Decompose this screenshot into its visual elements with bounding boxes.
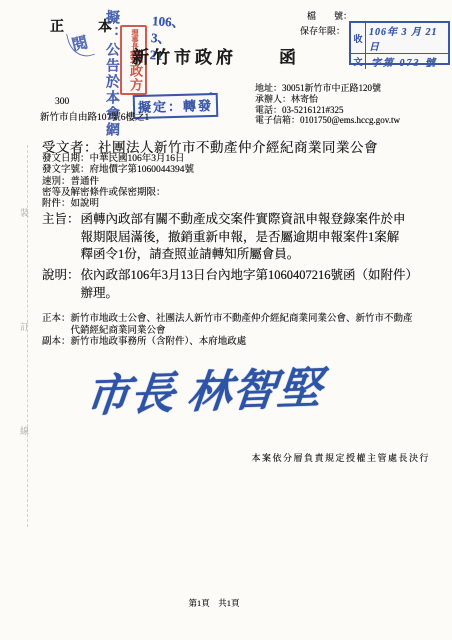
mayor-signature: 市長 林智堅 — [83, 352, 327, 425]
original-copy-label: 正本： — [42, 314, 71, 337]
security-class-line: 密等及解密條件或保密期限： — [42, 188, 194, 199]
subject-label: 主旨： — [42, 211, 80, 264]
retention-period-label: 保存年限： — [300, 24, 345, 37]
binding-mark-xian: 線 — [20, 424, 29, 437]
subject-text: 函轉內政部有關不動產成交案件實際資訊申報登錄案件於申報期限屆滿後，撤銷重新申報，… — [81, 211, 409, 264]
original-copy-recipients: 新竹市地政士公會、社團法人新竹市不動產仲介經紀商業同業公會、新竹市不動產代銷經紀… — [71, 314, 421, 337]
delegation-authority-note: 本案依分層負責規定授權主管處長決行 — [251, 451, 430, 464]
original-copy-row: 正本： 新竹市地政士公會、社團法人新竹市不動產仲介經紀商業同業公會、新竹市不動產… — [42, 314, 421, 337]
page-number-footer: 第1頁 共1頁 — [0, 597, 440, 609]
recipient-street-address: 新竹市自由路107號6樓之1 — [40, 109, 149, 123]
subject-block: 主旨： 函轉內政部有關不動產成交案件實際資訊申報登錄案件於申報期限屆滿後，撤銷重… — [42, 211, 409, 264]
binding-mark-zhuang: 裝 — [20, 206, 29, 219]
description-text: 依內政部106年3月13日台內地字第1060407216號函（如附件）辦理。 — [81, 267, 423, 302]
carbon-copy-row: 副本： 新竹市地政事務所（含附件）、本府地政處 — [42, 337, 421, 349]
description-label: 說明： — [42, 267, 80, 302]
postal-code: 300 — [55, 97, 69, 107]
binding-mark-ding: 訂 — [20, 320, 29, 333]
speed-class-line: 速別：普通件 — [42, 177, 194, 188]
sender-email: 電子信箱：0101750@ems.hccg.gov.tw — [255, 115, 400, 126]
sender-address: 地址：30051新竹市中正路120號 — [255, 83, 400, 94]
attachment-line: 附件：如說明 — [42, 199, 194, 210]
carbon-copy-label: 副本： — [42, 337, 71, 349]
sender-contact-person: 承辦人：林寄怡 — [255, 94, 400, 105]
carbon-copy-recipients: 新竹市地政事務所（含附件）、本府地政處 — [71, 337, 421, 349]
issue-number-line: 發文字號：府地價字第1060044394號 — [42, 165, 194, 176]
binding-fold-line — [27, 145, 28, 527]
issue-date-line: 發文日期：中華民國106年3月16日 — [42, 154, 194, 165]
description-block: 說明： 依內政部106年3月13日台內地字第1060407216號函（如附件）辦… — [42, 267, 423, 302]
document-title: 新竹市政府 函 — [0, 43, 442, 68]
recipient-line: 受文者：社團法人新竹市不動產仲介經紀商業同業公會 — [42, 136, 378, 156]
sender-contact-block: 地址：30051新竹市中正路120號 承辦人：林寄怡 電話：03-5216121… — [255, 83, 400, 126]
scanned-official-letter: 裝 訂 線 正 本 閱 擬：公告於本會網 理事長魏政方 106、3、21 檔 號… — [0, 0, 452, 640]
sender-phone: 電話：03-5216121#325 — [255, 105, 400, 116]
file-number-label: 檔 號： — [307, 9, 352, 22]
distribution-block: 正本： 新竹市地政士公會、社團法人新竹市不動產仲介經紀商業同業公會、新竹市不動產… — [42, 314, 421, 349]
document-meta-block: 發文日期：中華民國106年3月16日 發文字號：府地價字第1060044394號… — [42, 154, 194, 210]
